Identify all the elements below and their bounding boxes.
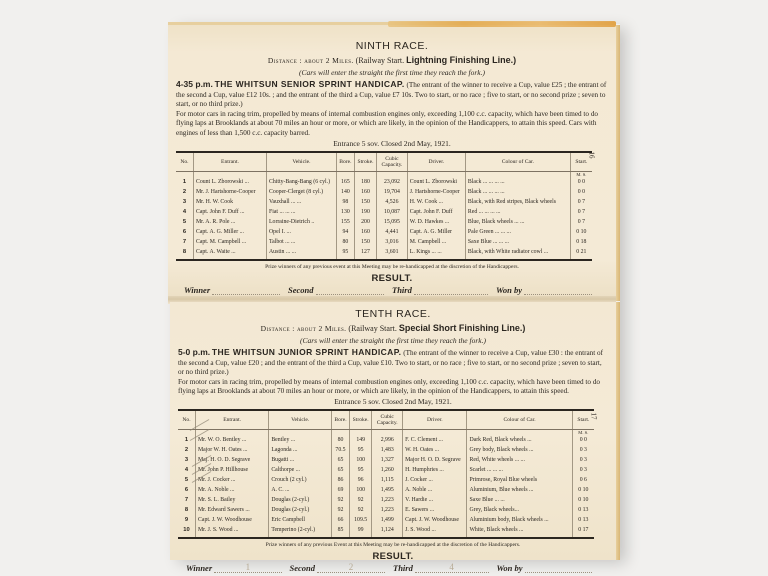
cell-no: 4 xyxy=(176,209,193,219)
cell-entrant: Mr. A. R. Pole ... xyxy=(193,219,266,229)
cell-driver: Capt. J. W. Woodhouse xyxy=(403,517,467,527)
cell-entrant: Mr. Edward Sawers ... xyxy=(196,507,269,517)
winner-label: Winner xyxy=(186,563,212,573)
second-field[interactable] xyxy=(316,285,385,295)
cell-start: 0 7 xyxy=(570,209,592,219)
cell-bore: 155 xyxy=(336,219,354,229)
winner-field[interactable] xyxy=(212,285,280,295)
start-units-row: M. S. xyxy=(176,171,592,179)
cell-start: 0 3 xyxy=(572,457,594,467)
race-title: TENTH RACE. xyxy=(170,308,616,320)
cell-driver: W. H. Oates ... xyxy=(403,447,467,457)
cell-no: 2 xyxy=(176,189,193,199)
cell-bore: 86 xyxy=(331,477,349,487)
cell-start: 0 6 xyxy=(572,477,594,487)
cell-colour: Red, White wheels ... ... xyxy=(467,457,572,467)
start-units: M. S. xyxy=(570,171,592,179)
cell-vehicle: Eric Campbell xyxy=(269,517,332,527)
table-row: 9Capt. J. W. WoodhouseEric Campbell66109… xyxy=(178,517,594,527)
cell-driver: J. Cocker ... xyxy=(403,477,467,487)
cell-colour: Black ... ... ... ... xyxy=(465,189,570,199)
cell-entrant: Capt. J. W. Woodhouse xyxy=(196,517,269,527)
cell-no: 6 xyxy=(176,229,193,239)
cell-capacity: 1,327 xyxy=(372,457,403,467)
cell-no: 9 xyxy=(178,517,196,527)
cell-bore: 65 xyxy=(331,467,349,477)
prize-note: Prize winners of any previous event at t… xyxy=(168,264,616,270)
cell-driver: E. Sawers ... xyxy=(403,507,467,517)
race-distance: Distance : about 2 Miles. (Railway Start… xyxy=(168,55,616,65)
cell-stroke: 180 xyxy=(354,179,376,189)
cell-vehicle: Fiat ... ... ... xyxy=(267,209,337,219)
table-row: 2Major W. H. Oates ...Lagonda ...70.5951… xyxy=(178,447,594,457)
cell-stroke: 149 xyxy=(350,437,372,447)
cell-stroke: 160 xyxy=(354,229,376,239)
cell-start: 0 13 xyxy=(572,517,594,527)
result-row: Winner1 Second2 Third4 Won by xyxy=(170,563,616,573)
cell-stroke: 150 xyxy=(354,239,376,249)
cell-bore: 140 xyxy=(336,189,354,199)
winner-label: Winner xyxy=(184,285,210,295)
table-row: 1Mr. W. O. Bentley ...Bentley ...801492,… xyxy=(178,437,594,447)
cell-colour: Saxe Blue ... ... ... xyxy=(465,239,570,249)
cell-stroke: 95 xyxy=(350,467,372,477)
result-title: RESULT. xyxy=(168,273,616,284)
cell-driver: W. D. Hawkes ... xyxy=(407,219,465,229)
distance-label: Distance : about 2 Miles. xyxy=(268,56,354,65)
cell-capacity: 10,087 xyxy=(377,209,408,219)
table-row: 10Mr. J. S. Wood ...Temperino (2-cyl.)85… xyxy=(178,527,594,538)
cell-entrant: Capt. A. Waite ... xyxy=(193,249,266,260)
cell-capacity: 1,223 xyxy=(372,507,403,517)
cell-vehicle: Crouch (2 cyl.) xyxy=(269,477,332,487)
page-tenth-race: TENTH RACE. Distance : about 2 Miles. (R… xyxy=(170,302,616,560)
cell-stroke: 127 xyxy=(354,249,376,260)
cell-bore: 80 xyxy=(331,437,349,447)
cell-vehicle: Bentley ... xyxy=(269,437,332,447)
second-label: Second xyxy=(290,563,316,573)
col-no: No. xyxy=(176,152,193,172)
cell-capacity: 1,260 xyxy=(372,467,403,477)
col-driver: Driver. xyxy=(403,410,467,430)
cell-colour: Red ... ... ... ... xyxy=(465,209,570,219)
cell-vehicle: Opel I. ... xyxy=(267,229,337,239)
table-row: 5Mr. A. R. Pole ...Lorraine-Dietrich ..1… xyxy=(176,219,592,229)
cell-start: 0 21 xyxy=(570,249,592,260)
won-by-field[interactable] xyxy=(524,285,592,295)
table-row: 2Mr. J. Hartshorne-CooperCooper-Clerget … xyxy=(176,189,592,199)
table-row: 6Mr. A. Noble ...A. C. ...691001,495A. N… xyxy=(178,487,594,497)
cell-stroke: 150 xyxy=(354,199,376,209)
entrance-info: Entrance 5 sov. Closed 2nd May, 1921. xyxy=(168,139,616,148)
race-note: (Cars will enter the straight the first … xyxy=(168,68,616,77)
cell-entrant: Mr. W. O. Bentley ... xyxy=(196,437,269,447)
cell-vehicle: Vauxhall ... ... xyxy=(267,199,337,209)
cell-bore: 66 xyxy=(331,517,349,527)
cell-entrant: Mr. J. S. Wood ... xyxy=(196,527,269,538)
cell-capacity: 15,095 xyxy=(377,219,408,229)
col-no: No. xyxy=(178,410,196,430)
col-capacity: Cubic Capacity. xyxy=(377,152,408,172)
cell-vehicle: Lagonda ... xyxy=(269,447,332,457)
cell-no: 7 xyxy=(178,497,196,507)
cell-start: 0 3 xyxy=(572,467,594,477)
cell-vehicle: Talbot ... ... xyxy=(267,239,337,249)
entries-table: No. Entrant. Vehicle. Bore. Stroke. Cubi… xyxy=(178,409,594,539)
cell-capacity: 1,495 xyxy=(372,487,403,497)
handicap-name: THE WHITSUN JUNIOR SPRINT HANDICAP. xyxy=(212,347,402,357)
cell-no: 3 xyxy=(176,199,193,209)
page-number-top: 16 xyxy=(588,152,596,159)
cell-entrant: Mr. A. Noble ... xyxy=(196,487,269,497)
cell-stroke: 100 xyxy=(350,457,372,467)
cell-bore: 98 xyxy=(336,199,354,209)
cell-start: 0 0 xyxy=(570,189,592,199)
cell-stroke: 92 xyxy=(350,497,372,507)
cell-driver: F. C. Clement ... xyxy=(403,437,467,447)
handicap-name: THE WHITSUN SENIOR SPRINT HANDICAP. xyxy=(215,79,405,89)
cell-start: 0 7 xyxy=(570,219,592,229)
cell-start: 0 13 xyxy=(572,507,594,517)
cell-capacity: 1,223 xyxy=(372,497,403,507)
cell-colour: Grey, Black wheels... xyxy=(467,507,572,517)
table-row: 4Capt. John F. Duff ...Fiat ... ... ...1… xyxy=(176,209,592,219)
cell-colour: Pale Green ... ... ... xyxy=(465,229,570,239)
third-field[interactable] xyxy=(414,285,488,295)
cell-stroke: 160 xyxy=(354,189,376,199)
race-note: (Cars will enter the straight the first … xyxy=(170,336,616,345)
cell-vehicle: Douglas (2-cyl.) xyxy=(269,507,332,517)
col-vehicle: Vehicle. xyxy=(267,152,337,172)
cell-start: 0 10 xyxy=(572,497,594,507)
cell-bore: 95 xyxy=(336,249,354,260)
col-driver: Driver. xyxy=(407,152,465,172)
race-title: NINTH RACE. xyxy=(168,40,616,52)
second-label: Second xyxy=(288,285,314,295)
cell-colour: Primrose, Royal Blue wheels xyxy=(467,477,572,487)
result-title: RESULT. xyxy=(170,551,616,562)
cell-colour: Aluminium, Blue wheels ... xyxy=(467,487,572,497)
table-row: 3Maj. H. O. D. SegraveBugatti ...651001,… xyxy=(178,457,594,467)
table-row: 8Mr. Edward Sawers ...Douglas (2-cyl.)92… xyxy=(178,507,594,517)
table-row: 7Mr. S. L. BaileyDouglas (2-cyl.)92921,2… xyxy=(178,497,594,507)
cell-bore: 69 xyxy=(331,487,349,497)
col-stroke: Stroke. xyxy=(354,152,376,172)
cell-capacity: 1,124 xyxy=(372,527,403,538)
cell-colour: Black ... ... ... ... xyxy=(465,179,570,189)
cell-vehicle: Douglas (2-cyl.) xyxy=(269,497,332,507)
col-bore: Bore. xyxy=(336,152,354,172)
cell-entrant: Count L. Zborowski ... xyxy=(193,179,266,189)
table-row: 5Mr. J. Cocker ...Crouch (2 cyl.)86961,1… xyxy=(178,477,594,487)
cell-vehicle: Chitty-Bang-Bang (6 cyl.) xyxy=(267,179,337,189)
won-by-label: Won by xyxy=(497,563,523,573)
cell-stroke: 95 xyxy=(350,447,372,457)
cell-driver: J. S. Wood ... xyxy=(403,527,467,538)
cell-entrant: Mr. J. Cocker ... xyxy=(196,477,269,487)
start-units: M. S. xyxy=(572,429,594,437)
cell-entrant: Major W. H. Oates ... xyxy=(196,447,269,457)
cell-bore: 130 xyxy=(336,209,354,219)
page-number-bottom: 17 xyxy=(590,413,598,420)
race-time: 5-0 p.m. xyxy=(178,347,210,357)
cell-vehicle: Bugatti ... xyxy=(269,457,332,467)
cell-driver: V. Hardie ... xyxy=(403,497,467,507)
race-distance: Distance : about 2 Miles. (Railway Start… xyxy=(170,323,616,333)
cell-entrant: Capt. M. Campbell ... xyxy=(193,239,266,249)
cell-capacity: 23,092 xyxy=(377,179,408,189)
cell-capacity: 4,526 xyxy=(377,199,408,209)
cell-capacity: 2,996 xyxy=(372,437,403,447)
cell-entrant: Capt. A. G. Miller ... xyxy=(193,229,266,239)
stained-page-edge xyxy=(388,21,616,27)
cell-driver: L. Kings ... ... xyxy=(407,249,465,260)
cell-stroke: 100 xyxy=(350,487,372,497)
cell-driver: A. Noble ... xyxy=(403,487,467,497)
cell-colour: Blue, Black wheels ... ... xyxy=(465,219,570,229)
cell-driver: Count L. Zborowski xyxy=(407,179,465,189)
cell-start: 0 3 xyxy=(572,447,594,457)
conditions-text: For motor cars in racing trim, propelled… xyxy=(178,378,600,396)
cell-colour: Dark Red, Black wheels ... xyxy=(467,437,572,447)
cell-entrant: Mr. J. Hartshorne-Cooper xyxy=(193,189,266,199)
table-row: 1Count L. Zborowski ...Chitty-Bang-Bang … xyxy=(176,179,592,189)
cell-driver: J. Hartshorne-Cooper xyxy=(407,189,465,199)
cell-no: 6 xyxy=(178,487,196,497)
cell-entrant: Mr. H. W. Cook xyxy=(193,199,266,209)
finish-line: Lightning Finishing Line.) xyxy=(406,55,516,65)
cell-vehicle: Temperino (2-cyl.) xyxy=(269,527,332,538)
won-by-label: Won by xyxy=(496,285,522,295)
col-bore: Bore. xyxy=(331,410,349,430)
winner-field[interactable]: 1 xyxy=(214,563,281,573)
cell-driver: M. Campbell ... xyxy=(407,239,465,249)
third-label: Third xyxy=(393,563,413,573)
cell-no: 5 xyxy=(176,219,193,229)
cell-driver: Capt. John F. Duff xyxy=(407,209,465,219)
start-units-row: M. S. xyxy=(178,429,594,437)
cell-driver: H. W. Cook ... xyxy=(407,199,465,209)
cell-entrant: Capt. John F. Duff ... xyxy=(193,209,266,219)
cell-no: 8 xyxy=(176,249,193,260)
col-colour: Colour of Car. xyxy=(465,152,570,172)
result-row: Winner Second Third Won by xyxy=(168,285,616,295)
cell-vehicle: A. C. ... xyxy=(269,487,332,497)
cell-capacity: 1,483 xyxy=(372,447,403,457)
race-time: 4-35 p.m. xyxy=(176,79,213,89)
cell-start: 0 10 xyxy=(572,487,594,497)
third-field[interactable]: 4 xyxy=(415,563,489,573)
second-field[interactable]: 2 xyxy=(317,563,385,573)
cell-stroke: 109.5 xyxy=(350,517,372,527)
cell-start: 0 7 xyxy=(570,199,592,209)
cell-bore: 92 xyxy=(331,497,349,507)
cell-vehicle: Lorraine-Dietrich .. xyxy=(267,219,337,229)
cell-stroke: 200 xyxy=(354,219,376,229)
won-by-field[interactable] xyxy=(525,563,592,573)
cell-bore: 92 xyxy=(331,507,349,517)
start-type: (Railway Start. xyxy=(356,56,404,65)
cell-bore: 70.5 xyxy=(331,447,349,457)
prize-note: Prize winners of any previous Event at t… xyxy=(170,542,616,548)
col-capacity: Cubic Capacity. xyxy=(372,410,403,430)
cell-no: 8 xyxy=(178,507,196,517)
cell-colour: Grey body, Black wheels ... xyxy=(467,447,572,457)
page-ninth-race: NINTH RACE. Distance : about 2 Miles. (R… xyxy=(168,22,616,301)
col-entrant: Entrant. xyxy=(193,152,266,172)
page-right-edge xyxy=(616,25,620,301)
table-row: 4Mr. John P. HillhouseCalthorpe ...65951… xyxy=(178,467,594,477)
start-type: (Railway Start. xyxy=(348,324,396,333)
cell-vehicle: Austin ... ... xyxy=(267,249,337,260)
race-description: 5-0 p.m. THE WHITSUN JUNIOR SPRINT HANDI… xyxy=(170,348,616,397)
cell-bore: 65 xyxy=(331,457,349,467)
table-row: 6Capt. A. G. Miller ...Opel I. ...941604… xyxy=(176,229,592,239)
col-vehicle: Vehicle. xyxy=(269,410,332,430)
cell-no: 1 xyxy=(176,179,193,189)
cell-no: 10 xyxy=(178,527,196,538)
race-description: 4-35 p.m. THE WHITSUN SENIOR SPRINT HAND… xyxy=(168,80,616,139)
cell-colour: Scarlet ... ... ... xyxy=(467,467,572,477)
cell-start: 0 17 xyxy=(572,527,594,538)
table-row: 8Capt. A. Waite ...Austin ... ...951273,… xyxy=(176,249,592,260)
page-right-edge xyxy=(616,302,620,560)
cell-colour: White, Black wheels ... xyxy=(467,527,572,538)
cell-start: 0 0 xyxy=(570,179,592,189)
cell-bore: 85 xyxy=(331,527,349,538)
cell-entrant: Mr. S. L. Bailey xyxy=(196,497,269,507)
cell-bore: 165 xyxy=(336,179,354,189)
cell-colour: Aluminium body, Black wheels ... xyxy=(467,517,572,527)
cell-colour: Saxe Blue ... ... xyxy=(467,497,572,507)
table-row: 7Capt. M. Campbell ...Talbot ... ...8015… xyxy=(176,239,592,249)
col-colour: Colour of Car. xyxy=(467,410,572,430)
conditions-text: For motor cars in racing trim, propelled… xyxy=(176,110,598,137)
cell-stroke: 99 xyxy=(350,527,372,538)
cell-start: 0 10 xyxy=(570,229,592,239)
cell-bore: 94 xyxy=(336,229,354,239)
cell-driver: Capt. A. G. Miller xyxy=(407,229,465,239)
cell-vehicle: Cooper-Clerget (8 cyl.) xyxy=(267,189,337,199)
cell-stroke: 92 xyxy=(350,507,372,517)
cell-stroke: 96 xyxy=(350,477,372,487)
cell-no: 2 xyxy=(178,447,196,457)
cell-capacity: 4,441 xyxy=(377,229,408,239)
finish-line: Special Short Finishing Line.) xyxy=(399,323,526,333)
third-label: Third xyxy=(392,285,412,295)
cell-entrant: Mr. John P. Hillhouse xyxy=(196,467,269,477)
cell-start: 0 18 xyxy=(570,239,592,249)
cell-colour: Black, with Red stripes, Black wheels xyxy=(465,199,570,209)
cell-start: 0 0 xyxy=(572,437,594,447)
cell-capacity: 3,601 xyxy=(377,249,408,260)
cell-colour: Black, with White radiator cowl ... xyxy=(465,249,570,260)
distance-label: Distance : about 2 Miles. xyxy=(261,324,347,333)
table-row: 3Mr. H. W. CookVauxhall ... ...981504,52… xyxy=(176,199,592,209)
cell-capacity: 1,499 xyxy=(372,517,403,527)
col-stroke: Stroke. xyxy=(350,410,372,430)
cell-capacity: 1,115 xyxy=(372,477,403,487)
cell-driver: H. Humphries ... xyxy=(403,467,467,477)
cell-driver: Major H. O. D. Segrave xyxy=(403,457,467,467)
entrance-info: Entrance 5 sov. Closed 2nd May, 1921. xyxy=(170,397,616,406)
cell-capacity: 3,016 xyxy=(377,239,408,249)
entries-table: No. Entrant. Vehicle. Bore. Stroke. Cubi… xyxy=(176,151,592,261)
cell-capacity: 19,704 xyxy=(377,189,408,199)
cell-bore: 80 xyxy=(336,239,354,249)
cell-vehicle: Calthorpe ... xyxy=(269,467,332,477)
cell-stroke: 190 xyxy=(354,209,376,219)
cell-no: 7 xyxy=(176,239,193,249)
